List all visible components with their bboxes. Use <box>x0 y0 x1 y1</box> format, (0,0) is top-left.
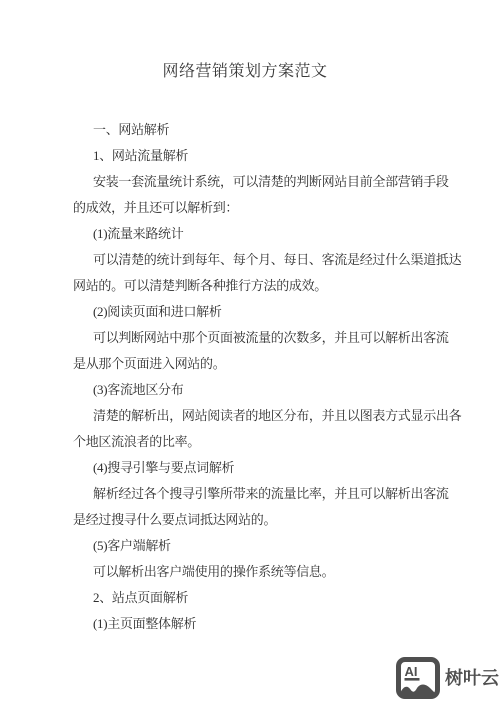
subheading-line: (1)流量来路统计 <box>73 221 443 247</box>
paragraph-line: 可以解析出客户端使用的操作系统等信息。 <box>73 559 443 585</box>
paragraph-line: 清楚的解析出，网站阅读者的地区分布，并且以图表方式显示出各 <box>73 403 443 429</box>
heading-line: 1、网站流量解析 <box>73 143 443 169</box>
paragraph-line: 可以判断网站中那个页面被流量的次数多，并且可以解析出客流 <box>73 325 443 351</box>
paragraph-line: 是从那个页面进入网站的。 <box>73 351 443 377</box>
heading-line: 2、站点页面解析 <box>73 585 443 611</box>
document-page: 网络营销策划方案范文 一、网站解析1、网站流量解析安装一套流量统计系统，可以清楚… <box>0 0 500 708</box>
paragraph-line: 安装一套流量统计系统，可以清楚的判断网站目前全部营销手段 <box>73 169 443 195</box>
paragraph-line: 个地区流浪者的比率。 <box>73 429 443 455</box>
subheading-line: (3)客流地区分布 <box>73 377 443 403</box>
paragraph-line: 可以清楚的统计到每年、每个月、每日、客流是经过什么渠道抵达 <box>73 247 443 273</box>
paragraph-line: 是经过搜寻什么要点词抵达网站的。 <box>73 507 443 533</box>
paragraph-line: 的成效，并且还可以解析到： <box>73 195 443 221</box>
subheading-line: (2)阅读页面和进口解析 <box>73 299 443 325</box>
subheading-line: (5)客户端解析 <box>73 533 443 559</box>
subheading-line: (4)搜寻引擎与要点词解析 <box>73 455 443 481</box>
subheading-line: (1)主页面整体解析 <box>73 611 443 637</box>
ai-icon-label: AI <box>405 664 418 679</box>
document-title: 网络营销策划方案范文 <box>0 62 490 81</box>
watermark-brand-text: 树叶云 <box>445 657 499 699</box>
paragraph-line: 网站的。可以清楚判断各种推行方法的成效。 <box>73 273 443 299</box>
heading-line: 一、网站解析 <box>73 117 443 143</box>
watermark: AI 树叶云 <box>396 657 499 699</box>
ai-image-icon: AI <box>396 657 440 699</box>
document-body: 一、网站解析1、网站流量解析安装一套流量统计系统，可以清楚的判断网站目前全部营销… <box>73 117 443 637</box>
paragraph-line: 解析经过各个搜寻引擎所带来的流量比率，并且可以解析出客流 <box>73 481 443 507</box>
